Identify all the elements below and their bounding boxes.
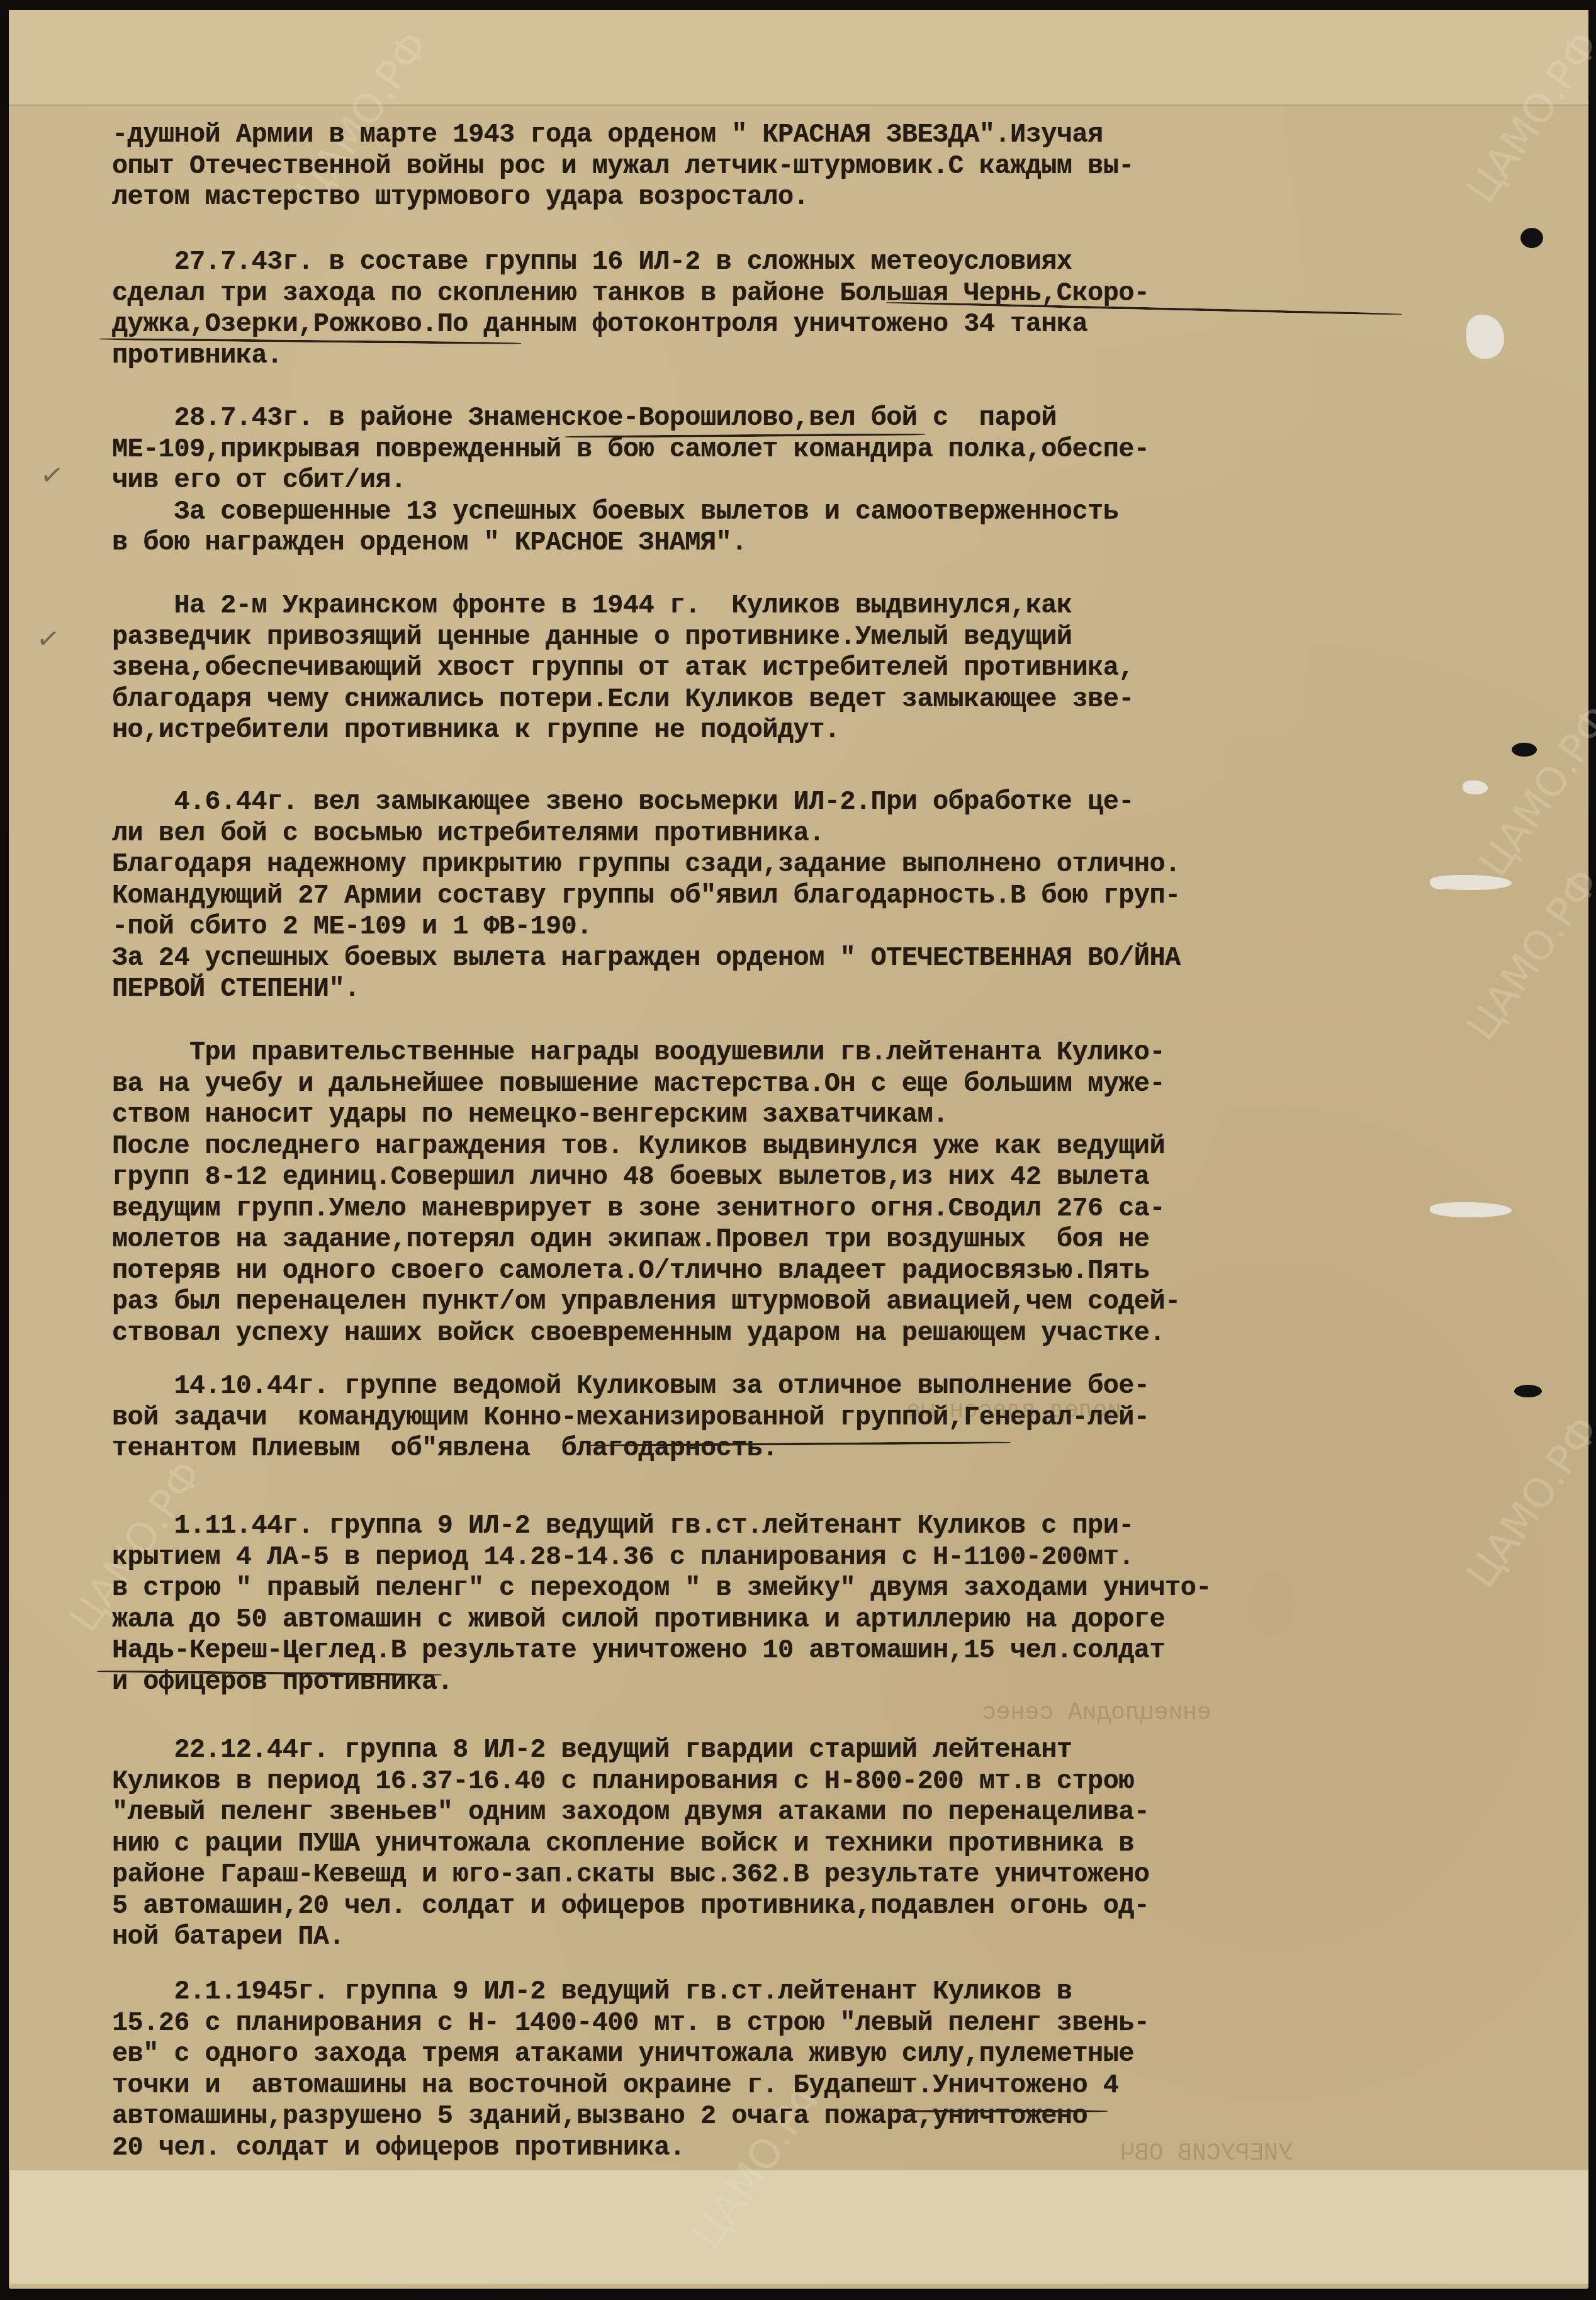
text-line: групп 8-12 единиц.Совершил лично 48 боев… — [112, 1162, 1440, 1193]
punch-hole — [1514, 1385, 1542, 1397]
text-line: Куликов в период 16.37-16.40 с планирова… — [112, 1766, 1440, 1798]
punch-hole — [1520, 228, 1543, 248]
text-line: потеряв ни одного своего самолета.О/тлич… — [112, 1256, 1440, 1287]
text-line: ПЕРВОЙ СТЕПЕНИ". — [112, 974, 1440, 1005]
text-line: ведущим групп.Умело маневрирует в зоне з… — [112, 1193, 1440, 1225]
text-line: 4.6.44г. вел замыкающее звено восьмерки … — [112, 787, 1440, 818]
text-line: 22.12.44г. группа 8 ИЛ-2 ведущий гвардии… — [112, 1735, 1440, 1766]
text-line: районе Гараш-Кевешд и юго-зап.скаты выс.… — [112, 1859, 1440, 1891]
checkmark-icon: ✓ — [35, 622, 62, 657]
text-line: Командующий 27 Армии составу группы об"я… — [112, 881, 1440, 912]
text-line: 5 автомашин,20 чел. солдат и офицеров пр… — [112, 1891, 1440, 1922]
text-line: 2.1.1945г. группа 9 ИЛ-2 ведущий гв.ст.л… — [112, 1976, 1440, 2008]
text-line: ствовал успеху наших войск своевременным… — [112, 1318, 1440, 1350]
text-line: разведчик привозящий ценные данные о про… — [112, 622, 1440, 653]
text-line: вой задачи командующим Конно-механизиров… — [112, 1402, 1440, 1434]
text-line: ли вел бой с восьмью истребителями проти… — [112, 818, 1440, 850]
text-line: в строю " правый пеленг" с переходом " в… — [112, 1573, 1440, 1604]
text-line: сделал три захода по скоплению танков в … — [112, 278, 1440, 310]
text-line: -душной Армии в марте 1943 года орденом … — [112, 120, 1440, 151]
text-line: раз был перенацелен пункт/ом управления … — [112, 1287, 1440, 1318]
paragraph: 4.6.44г. вел замыкающее звено восьмерки … — [112, 787, 1440, 1005]
paper-tear — [1463, 781, 1488, 794]
text-line: 14.10.44г. группе ведомой Куликовым за о… — [112, 1371, 1440, 1402]
text-line: автомашины,разрушено 5 зданий,вызвано 2 … — [112, 2101, 1440, 2133]
text-line: молетов на задание,потерял один экипаж.П… — [112, 1224, 1440, 1256]
text-line: ной батареи ПА. — [112, 1922, 1440, 1953]
text-line: За совершенные 13 успешных боевых вылето… — [112, 497, 1440, 528]
checkmark-icon: ✓ — [38, 458, 66, 493]
text-line: благодаря чему снижались потери.Если Кул… — [112, 684, 1440, 716]
text-line: чив его от сбит/ия. — [112, 465, 1440, 497]
paragraph: 2.1.1945г. группа 9 ИЛ-2 ведущий гв.ст.л… — [112, 1976, 1440, 2163]
bleed-through-text: ениецлодиА сенес — [982, 1700, 1211, 1727]
scan-edge — [1588, 0, 1596, 2300]
text-line: ва на учебу и дальнейшее повышение масте… — [112, 1069, 1440, 1100]
text-line: -пой сбито 2 МЕ-109 и 1 ФВ-190. — [112, 911, 1440, 943]
text-line: Благодаря надежному прикрытию группы сза… — [112, 849, 1440, 881]
handwritten-underline — [894, 2110, 1108, 2112]
text-line: в бою награжден орденом " КРАСНОЕ ЗНАМЯ"… — [112, 527, 1440, 559]
text-line: ством наносит удары по немецко-венгерски… — [112, 1100, 1440, 1131]
text-line: 28.7.43г. в районе Знаменское-Ворошилово… — [112, 403, 1440, 434]
paragraph: 1.11.44г. группа 9 ИЛ-2 ведущий гв.ст.ле… — [112, 1511, 1440, 1698]
text-line: За 24 успешных боевых вылета награжден о… — [112, 943, 1440, 974]
text-line: 1.11.44г. группа 9 ИЛ-2 ведущий гв.ст.ле… — [112, 1511, 1440, 1542]
text-line: летом мастерство штурмового удара возрос… — [112, 182, 1440, 213]
text-line: опыт Отечественной войны рос и мужал лет… — [112, 151, 1440, 183]
paragraph: 14.10.44г. группе ведомой Куликовым за о… — [112, 1371, 1440, 1465]
punch-hole — [1512, 743, 1537, 757]
text-line: дужка,Озерки,Рожково.По данным фотоконтр… — [112, 309, 1440, 341]
text-line: МЕ-109,прикрывая поврежденный в бою само… — [112, 434, 1440, 466]
text-line: тенантом Плиевым об"явлена благодарность… — [112, 1433, 1440, 1465]
paragraph: 28.7.43г. в районе Знаменское-Ворошилово… — [112, 403, 1440, 559]
text-line: ев" с одного захода тремя атаками уничто… — [112, 2039, 1440, 2070]
text-line: 27.7.43г. в составе группы 16 ИЛ-2 в сло… — [112, 247, 1440, 278]
text-line: звена,обеспечивающий хвост группы от ата… — [112, 653, 1440, 684]
bottom-blank-strip — [10, 2169, 1588, 2284]
text-line: но,истребители противника к группе не по… — [112, 715, 1440, 747]
text-line: Надь-Кереш-Цеглед.В результате уничтожен… — [112, 1635, 1440, 1667]
paragraph: 22.12.44г. группа 8 ИЛ-2 ведущий гвардии… — [112, 1735, 1440, 1953]
text-line: На 2-м Украинском фронте в 1944 г. Кулик… — [112, 590, 1440, 622]
paper-tear — [1430, 875, 1512, 890]
paragraph: -душной Армии в марте 1943 года орденом … — [112, 120, 1440, 213]
text-line: точки и автомашины на восточной окраине … — [112, 2070, 1440, 2102]
text-line: нию с рации ПУША уничтожала скопление во… — [112, 1829, 1440, 1860]
text-line: После последнего награждения тов. Кулико… — [112, 1131, 1440, 1163]
text-line: Три правительственные награды воодушевил… — [112, 1037, 1440, 1069]
text-line: 15.26 с планирования с Н- 1400-400 мт. в… — [112, 2008, 1440, 2039]
text-line: "левый пеленг звеньев" одним заходом дву… — [112, 1797, 1440, 1829]
top-fold-strip — [9, 10, 1588, 106]
text-line: 20 чел. солдат и офицеров противника. — [112, 2133, 1440, 2164]
text-line: крытием 4 ЛА-5 в период 14.28-14.36 с пл… — [112, 1542, 1440, 1574]
text-line: и офицеров противника. — [112, 1667, 1440, 1698]
text-line: жала до 50 автомашин с живой силой проти… — [112, 1604, 1440, 1636]
paper-tear — [1430, 1202, 1512, 1217]
paragraph: На 2-м Украинском фронте в 1944 г. Кулик… — [112, 590, 1440, 747]
paragraph: Три правительственные награды воодушевил… — [112, 1037, 1440, 1349]
text-line: противника. — [112, 341, 1440, 372]
